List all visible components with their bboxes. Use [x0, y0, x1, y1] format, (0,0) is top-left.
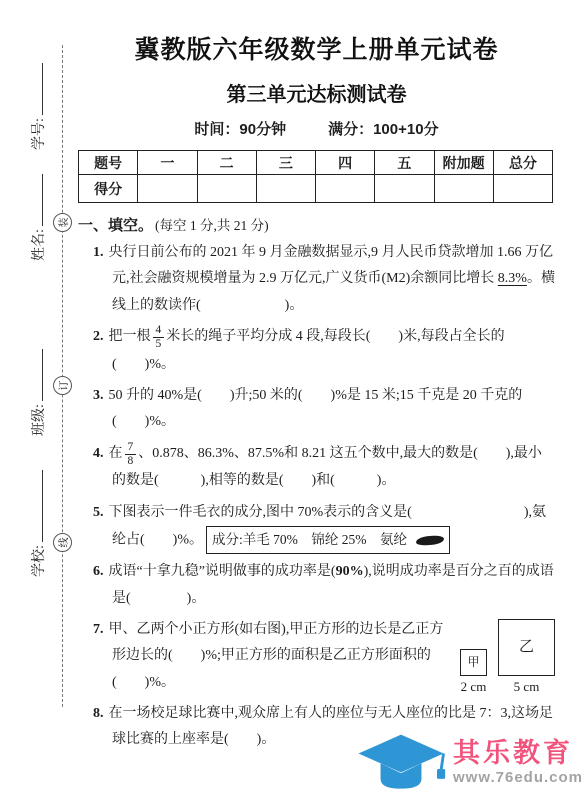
square-small-column: 甲2 cm: [460, 649, 487, 696]
question-number: 5.: [93, 505, 109, 520]
sidebar-field-class: 班级:: [30, 344, 50, 436]
sidebar-field-school: 学校:: [30, 459, 50, 577]
question-1: 1.央行日前公布的 2021 年 9 月金融数据显示,9 月人民币贷款增加 1.…: [93, 240, 555, 319]
score-table-header-cell: 总分: [493, 151, 552, 175]
score-cell-empty: [493, 175, 552, 203]
score-table-header-row: 题号一二三四五附加题总分: [79, 151, 553, 175]
question-6: 6.成语“十拿九稳”说明做事的成功率是(90%),说明成功率是百分之百的成语是(…: [93, 559, 555, 612]
fraction: 45: [153, 324, 165, 351]
question-number: 1.: [93, 245, 109, 260]
score-table-header-cell: 四: [316, 151, 375, 175]
question-number: 8.: [93, 706, 109, 721]
question-7: 甲2 cm乙5 cm7.甲、乙两个小正方形(如右图),甲正方形的边长是乙正方形边…: [93, 617, 555, 696]
square-small: 甲: [460, 649, 487, 676]
ink-blot: [416, 535, 445, 546]
logo-website-url: www.76edu.com: [453, 769, 583, 786]
square-small-size: 2 cm: [461, 679, 487, 696]
score-cell-empty: [197, 175, 256, 203]
question-number: 6.: [93, 564, 109, 579]
name-fill-line: [30, 174, 43, 226]
logo-brand-name: 其乐教育: [453, 739, 583, 769]
score-table-header-cell: 二: [197, 151, 256, 175]
score-table-header-cell: 五: [375, 151, 434, 175]
exam-paper-page: 学号: 姓名: 班级: 学校: 装 订 线 冀教版六年级数学上册单元试卷 第三单…: [0, 0, 588, 800]
school-fill-line: [30, 470, 43, 542]
score-table-header-cell: 题号: [79, 151, 138, 175]
fraction: 78: [125, 441, 137, 468]
sidebar-field-name: 姓名:: [30, 169, 50, 261]
score-table-header-cell: 三: [256, 151, 315, 175]
binding-mark-xian: 线: [53, 533, 72, 552]
questions-list: 1.央行日前公布的 2021 年 9 月金融数据显示,9 月人民币贷款增加 1.…: [78, 240, 555, 753]
class-fill-line: [30, 349, 43, 401]
footer-logo: 其乐教育 www.76edu.com: [356, 733, 583, 792]
name-label: 姓名:: [32, 229, 47, 261]
question-5: 5.下图表示一件毛衣的成分,图中 70%表示的含义是( ),氨纶占( )%。成分…: [93, 500, 555, 555]
section-fill-in-blanks: 一、填空。(每空 1 分,共 21 分): [78, 214, 555, 235]
school-label: 学校:: [32, 545, 47, 577]
logo-text: 其乐教育 www.76edu.com: [453, 739, 583, 786]
question-4: 4.在78、0.878、86.3%、87.5%和 8.21 这五个数中,最大的数…: [93, 441, 555, 495]
question-number: 3.: [93, 388, 109, 403]
square-large-size: 5 cm: [514, 679, 540, 696]
question-number: 4.: [93, 446, 109, 461]
score-cell-empty: [138, 175, 197, 203]
square-large-column: 乙5 cm: [498, 619, 555, 696]
student-id-fill-line: [30, 63, 43, 115]
question-3: 3.50 升的 40%是( )升;50 米的( )%是 15 米;15 千克是 …: [93, 383, 555, 436]
question-2: 2.把一根45米长的绳子平均分成 4 段,每段长( )米,每段占全长的( )%。: [93, 324, 555, 378]
underlined-number: 8.3%: [498, 271, 527, 286]
graduation-cap-icon: [356, 733, 446, 792]
squares-figure: 甲2 cm乙5 cm: [460, 619, 555, 696]
fabric-label-box: 成分:羊毛 70% 锦纶 25% 氨纶: [206, 526, 450, 554]
score-cell-empty: [434, 175, 493, 203]
score-cell-empty: [256, 175, 315, 203]
paper-title: 冀教版六年级数学上册单元试卷: [78, 0, 555, 66]
bold-answer: 90%: [336, 564, 364, 579]
score-table-header-cell: 附加题: [434, 151, 493, 175]
question-number: 2.: [93, 329, 109, 344]
score-table: 题号一二三四五附加题总分 得分: [78, 150, 553, 203]
score-table-header-cell: 一: [138, 151, 197, 175]
student-id-label: 学号:: [32, 118, 47, 150]
square-large: 乙: [498, 619, 555, 676]
time-label: 时间：90分钟: [194, 118, 286, 139]
score-cell-empty: [316, 175, 375, 203]
full-score-label: 满分：100+10分: [328, 118, 438, 139]
exam-meta: 时间：90分钟 满分：100+10分: [78, 107, 555, 139]
score-row-label: 得分: [79, 175, 138, 203]
question-number: 7.: [93, 622, 109, 637]
binding-mark-zhuang: 装: [53, 213, 72, 232]
score-cell-empty: [375, 175, 434, 203]
score-table-score-row: 得分: [79, 175, 553, 203]
section-title: 一、填空。: [78, 218, 153, 234]
sidebar-field-student-id: 学号:: [30, 58, 50, 150]
binding-mark-ding: 订: [53, 376, 72, 395]
paper-content: 冀教版六年级数学上册单元试卷 第三单元达标测试卷 时间：90分钟 满分：100+…: [78, 0, 555, 753]
section-score-note: (每空 1 分,共 21 分): [155, 218, 269, 233]
unit-test-title: 第三单元达标测试卷: [78, 66, 555, 107]
class-label: 班级:: [32, 404, 47, 436]
